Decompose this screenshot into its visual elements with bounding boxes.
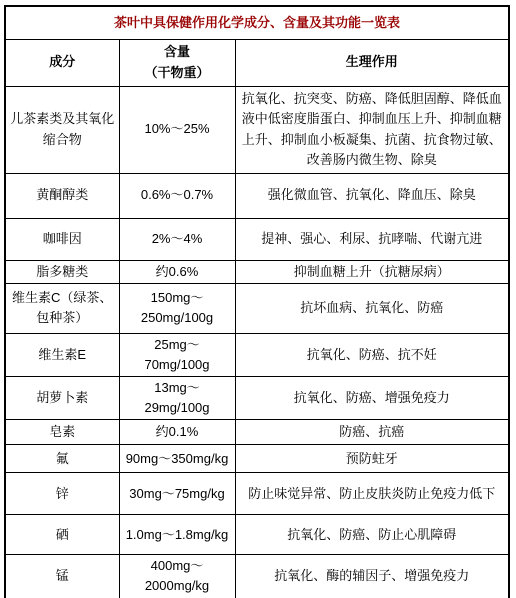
content-cell: 约0.6%: [119, 260, 235, 283]
table-row: 硒 1.0mg～1.8mg/kg 抗氧化、防癌、防止心肌障碍: [5, 515, 509, 555]
table-row: 黄酮醇类 0.6%～0.7% 强化微血管、抗氧化、降血压、除臭: [5, 173, 509, 218]
effects-cell: 防止味觉异常、防止皮肤炎防止免疫力低下: [235, 473, 509, 515]
effects-cell: 抑制血糖上升（抗糖尿病）: [235, 260, 509, 283]
effects-cell: 抗氧化、酶的辅因子、增强免疫力: [235, 555, 509, 598]
component-cell: 锰: [5, 555, 119, 598]
table-row: 氟 90mg～350mg/kg 预防蛀牙: [5, 445, 509, 473]
effects-cell: 强化微血管、抗氧化、降血压、除臭: [235, 173, 509, 218]
content-cell: 约0.1%: [119, 420, 235, 445]
component-cell: 儿茶素类及其氧化缩合物: [5, 86, 119, 173]
content-cell: 10%～25%: [119, 86, 235, 173]
table-row: 锌 30mg～75mg/kg 防止味觉异常、防止皮肤炎防止免疫力低下: [5, 473, 509, 515]
content-cell: 30mg～75mg/kg: [119, 473, 235, 515]
table-title: 茶叶中具保健作用化学成分、含量及其功能一览表: [5, 6, 509, 39]
component-cell: 维生素E: [5, 333, 119, 376]
content-cell: 1.0mg～1.8mg/kg: [119, 515, 235, 555]
effects-cell: 提神、强心、利尿、抗哮喘、代谢亢进: [235, 218, 509, 260]
effects-cell: 抗氧化、防癌、抗不妊: [235, 333, 509, 376]
component-cell: 硒: [5, 515, 119, 555]
table-row: 脂多糖类 约0.6% 抑制血糖上升（抗糖尿病）: [5, 260, 509, 283]
table-row: 维生素C（绿茶、包种茶） 150mg～250mg/100g 抗坏血病、抗氧化、防…: [5, 283, 509, 333]
component-cell: 胡萝卜素: [5, 376, 119, 419]
effects-cell: 抗氧化、抗突变、防癌、降低胆固醇、降低血液中低密度脂蛋白、抑制血压上升、抑制血糖…: [235, 86, 509, 173]
component-cell: 维生素C（绿茶、包种茶）: [5, 283, 119, 333]
table-row: 胡萝卜素 13mg～29mg/100g 抗氧化、防癌、增强免疫力: [5, 376, 509, 419]
column-header-component: 成分: [5, 39, 119, 86]
component-cell: 黄酮醇类: [5, 173, 119, 218]
content-cell: 150mg～250mg/100g: [119, 283, 235, 333]
page: 茶叶中具保健作用化学成分、含量及其功能一览表 成分 含量 （干物重） 生理作用 …: [0, 0, 516, 598]
effects-cell: 预防蛀牙: [235, 445, 509, 473]
effects-cell: 抗氧化、防癌、防止心肌障碍: [235, 515, 509, 555]
column-header-effects: 生理作用: [235, 39, 509, 86]
tea-components-table: 茶叶中具保健作用化学成分、含量及其功能一览表 成分 含量 （干物重） 生理作用 …: [4, 5, 510, 598]
table-row: 维生素E 25mg～70mg/100g 抗氧化、防癌、抗不妊: [5, 333, 509, 376]
effects-cell: 防癌、抗癌: [235, 420, 509, 445]
component-cell: 氟: [5, 445, 119, 473]
component-cell: 皂素: [5, 420, 119, 445]
content-cell: 13mg～29mg/100g: [119, 376, 235, 419]
table-row: 锰 400mg～2000mg/kg 抗氧化、酶的辅因子、增强免疫力: [5, 555, 509, 598]
table-row: 皂素 约0.1% 防癌、抗癌: [5, 420, 509, 445]
effects-cell: 抗氧化、防癌、增强免疫力: [235, 376, 509, 419]
table-row: 咖啡因 2%～4% 提神、强心、利尿、抗哮喘、代谢亢进: [5, 218, 509, 260]
column-header-content: 含量 （干物重）: [119, 39, 235, 86]
content-cell: 2%～4%: [119, 218, 235, 260]
table-title-row: 茶叶中具保健作用化学成分、含量及其功能一览表: [5, 6, 509, 39]
component-cell: 脂多糖类: [5, 260, 119, 283]
content-cell: 400mg～2000mg/kg: [119, 555, 235, 598]
effects-cell: 抗坏血病、抗氧化、防癌: [235, 283, 509, 333]
content-cell: 0.6%～0.7%: [119, 173, 235, 218]
content-cell: 25mg～70mg/100g: [119, 333, 235, 376]
content-cell: 90mg～350mg/kg: [119, 445, 235, 473]
component-cell: 咖啡因: [5, 218, 119, 260]
table-row: 儿茶素类及其氧化缩合物 10%～25% 抗氧化、抗突变、防癌、降低胆固醇、降低血…: [5, 86, 509, 173]
component-cell: 锌: [5, 473, 119, 515]
table-header-row: 成分 含量 （干物重） 生理作用: [5, 39, 509, 86]
